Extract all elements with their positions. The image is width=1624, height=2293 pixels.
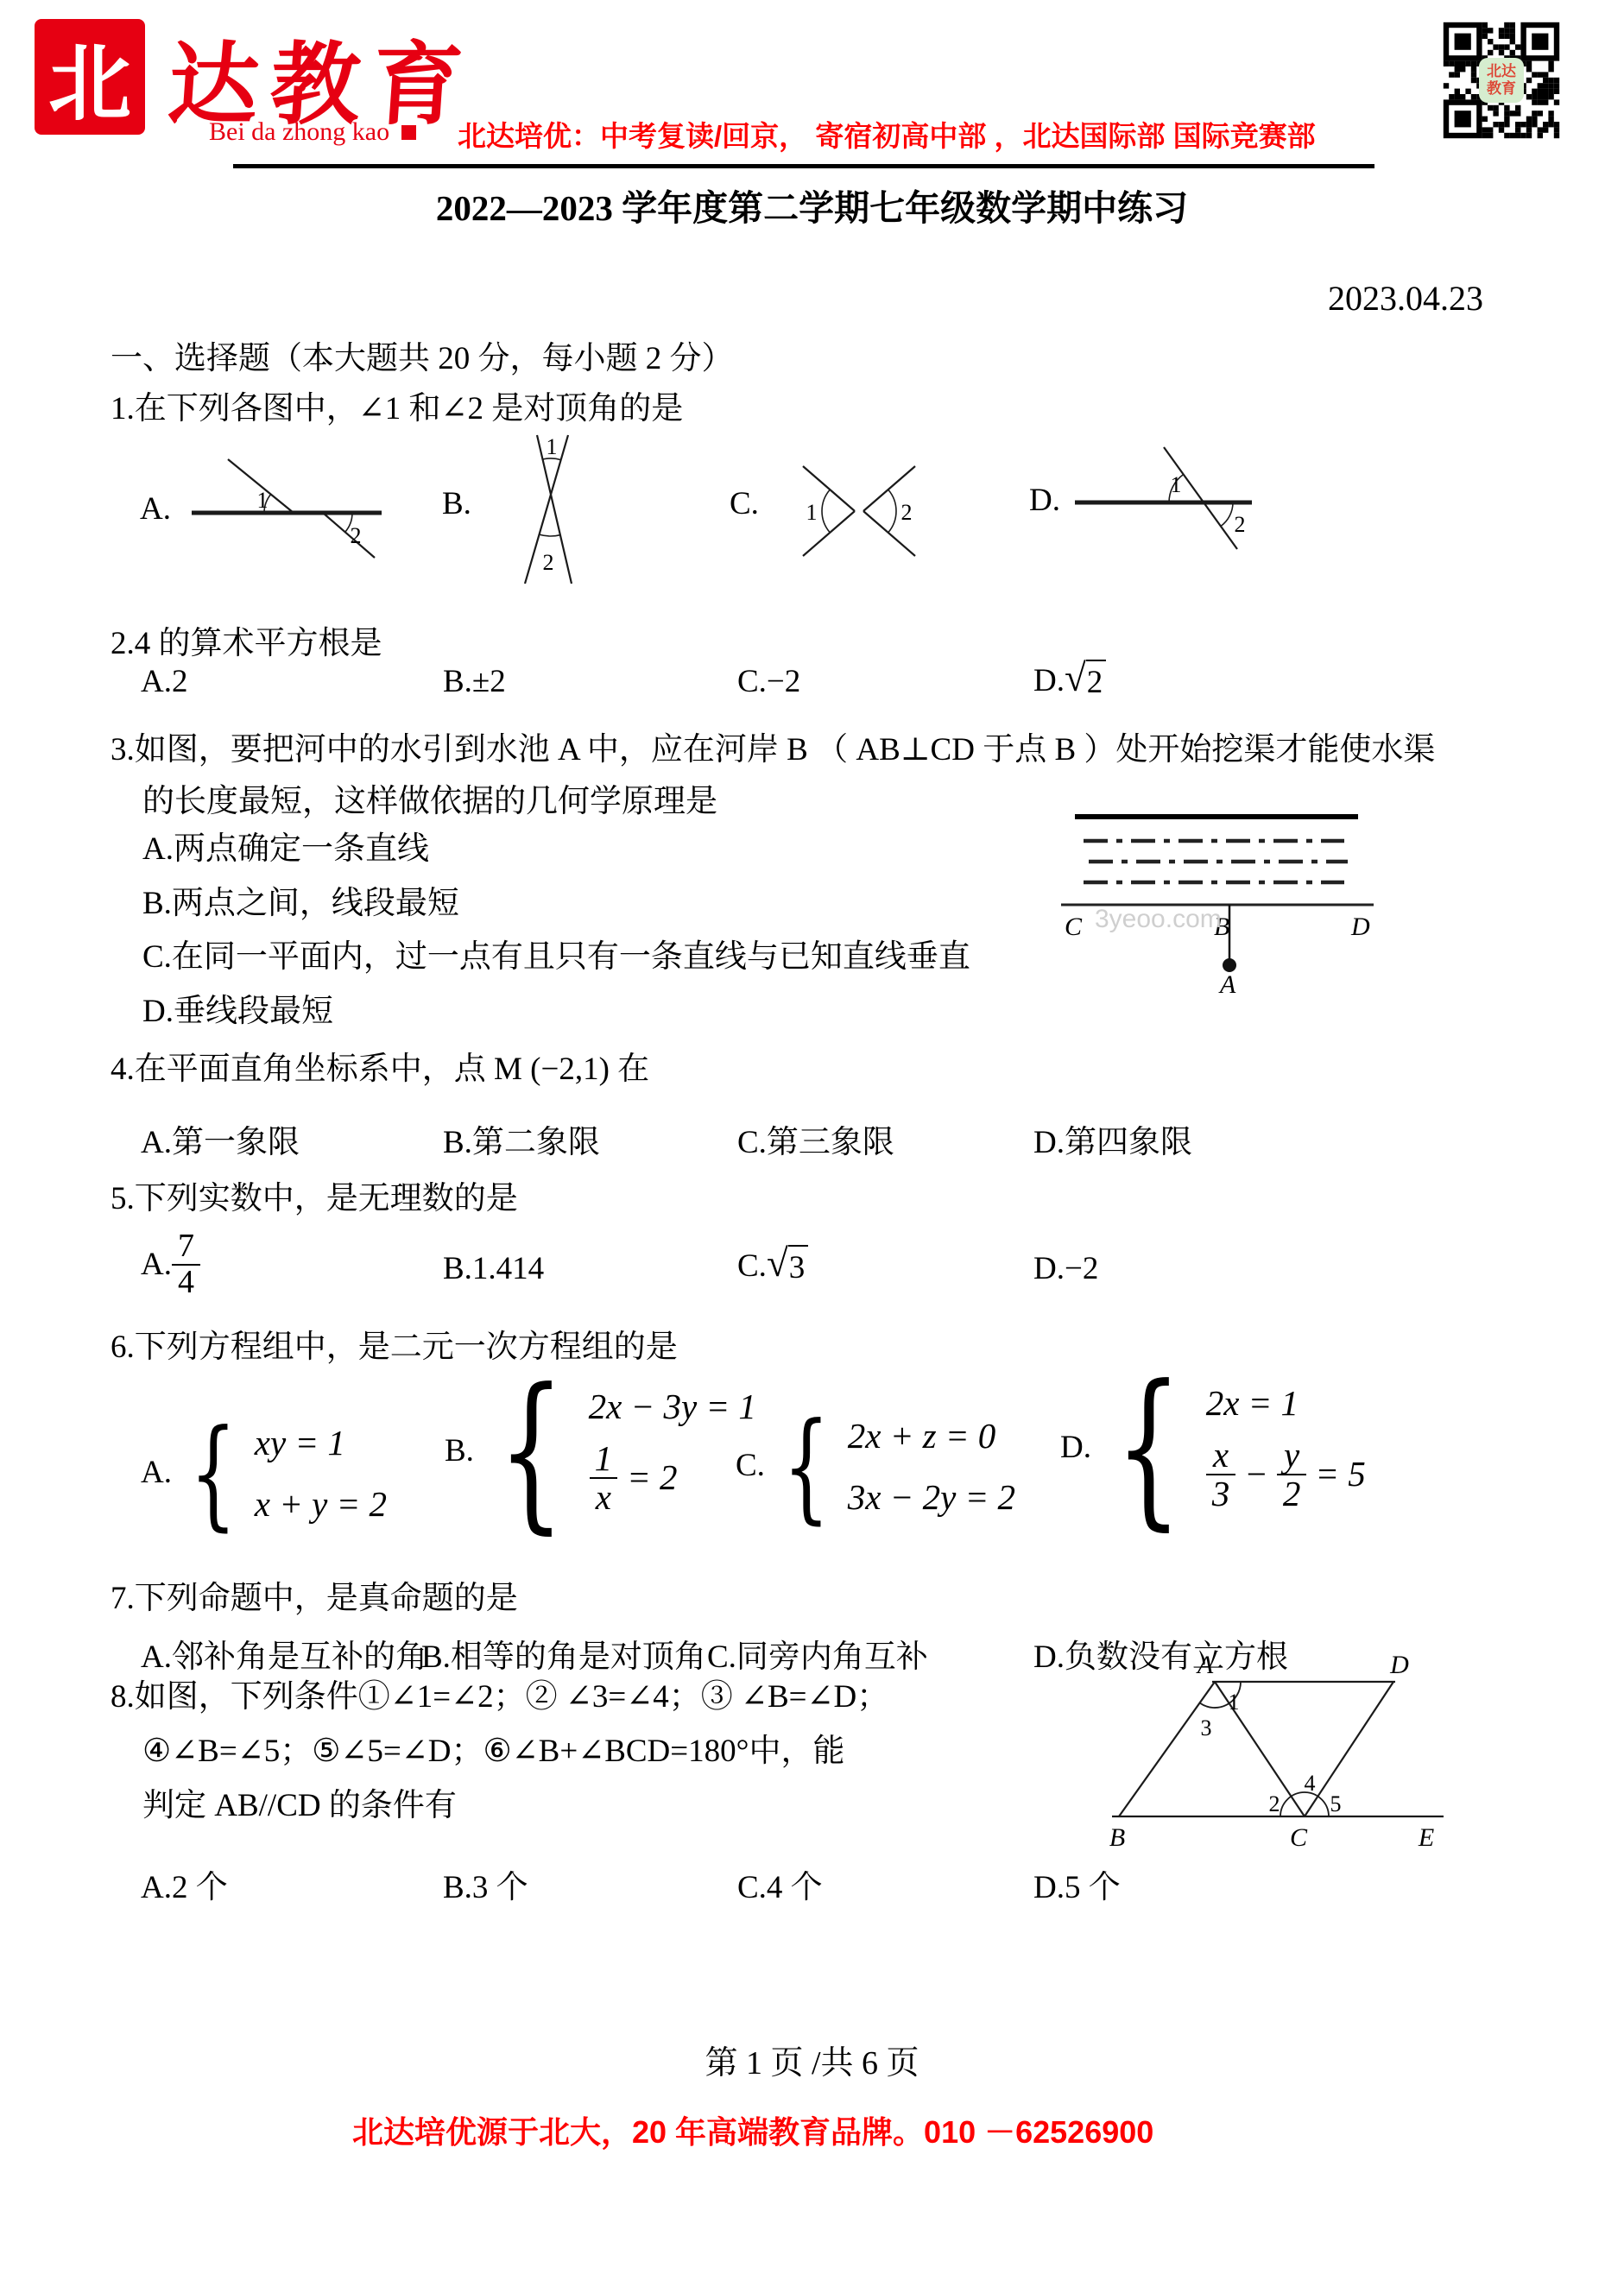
footer-slogan: 北达培优源于北大，20 年高端教育品牌。010 －62526900 bbox=[352, 2108, 1153, 2152]
qr-badge-line2: 教育 bbox=[1487, 80, 1516, 98]
question-3-line2: 的长度最短，这样做依据的几何学原理是 bbox=[142, 781, 717, 823]
qr-code: 北达 教育 bbox=[1438, 17, 1564, 143]
q8-angle-2-label: 2 bbox=[1269, 1791, 1280, 1816]
q6-option-a-label: A. bbox=[141, 1454, 172, 1492]
question-8-line3: 判定 AB//CD 的条件有 bbox=[142, 1785, 457, 1827]
brand-square-icon bbox=[401, 125, 416, 140]
q6b-equation-1: 2x − 3y = 1 bbox=[589, 1387, 756, 1426]
q6d-equation-2-rhs: = 5 bbox=[1315, 1455, 1365, 1494]
q6c-equation-1: 2x + z = 0 bbox=[848, 1417, 996, 1456]
brace-icon: { bbox=[190, 1423, 237, 1524]
q3-figure-river: C B D A bbox=[1058, 793, 1377, 995]
q8-figure-parallel-lines: A D B C E 1 3 2 4 5 bbox=[1105, 1654, 1450, 1853]
q6c-equation-2: 3x − 2y = 2 bbox=[848, 1478, 1015, 1517]
q2-option-d-label: D. bbox=[1033, 663, 1065, 698]
q6-option-a: A. { xy = 1 x + y = 2 bbox=[141, 1423, 387, 1524]
section-heading: 一、选择题（本大题共 20 分，每小题 2 分） bbox=[111, 338, 734, 380]
q6-option-c: C. { 2x + z = 0 3x − 2y = 2 bbox=[736, 1416, 1015, 1517]
q6a-equation-1: xy = 1 bbox=[255, 1424, 345, 1462]
q8-option-c: C.4 个 bbox=[737, 1869, 823, 1907]
q8-label-b: B bbox=[1109, 1823, 1125, 1852]
q1-figure-a: 1 2 bbox=[183, 451, 390, 563]
page-number: 第 1 页 /共 6 页 bbox=[0, 2036, 1624, 2083]
q1-option-b-label: B. bbox=[442, 485, 471, 523]
radical-icon: √ bbox=[767, 1245, 788, 1282]
q6d-fraction2-numerator: y bbox=[1278, 1437, 1305, 1474]
q1-figure-d: 1 2 bbox=[1071, 442, 1256, 559]
q8-label-e: E bbox=[1418, 1823, 1434, 1852]
q8-label-c: C bbox=[1290, 1823, 1308, 1852]
q7-option-a: A.邻补角是互补的角 bbox=[141, 1639, 427, 1677]
q3-option-c: C.在同一平面内，过一点有且只有一条直线与已知直线垂直 bbox=[142, 938, 970, 976]
q5-option-b: B.1.414 bbox=[443, 1250, 544, 1288]
q6-option-c-label: C. bbox=[736, 1447, 765, 1485]
q5-option-a-label: A. bbox=[141, 1246, 172, 1284]
q2-option-c: C.−2 bbox=[737, 663, 800, 701]
question-4-text: 4.在平面直角坐标系中，点 M (−2,1) 在 bbox=[111, 1049, 649, 1090]
question-8-line1: 8.如图，下列条件①∠1=∠2；② ∠3=∠4；③ ∠B=∠D； bbox=[111, 1677, 888, 1718]
q1-figure-c: 1 2 bbox=[768, 459, 950, 563]
q6d-equation-1: 2x = 1 bbox=[1206, 1384, 1299, 1423]
brand-subtitle-text: Bei da zhong kao bbox=[209, 117, 389, 147]
q6b-fraction-numerator: 1 bbox=[589, 1440, 619, 1477]
q2-option-a: A.2 bbox=[141, 663, 187, 701]
q1b-angle-1-label: 1 bbox=[547, 434, 558, 459]
q6d-fraction1-denominator: 3 bbox=[1206, 1474, 1236, 1513]
q5-option-a: A. 7 4 bbox=[141, 1229, 200, 1300]
q1b-angle-2-label: 2 bbox=[543, 550, 554, 575]
brace-icon: { bbox=[783, 1416, 830, 1517]
logo-seal: 北 bbox=[35, 19, 145, 135]
q1-option-d-label: D. bbox=[1029, 482, 1060, 520]
q5-option-c: C.√3 bbox=[737, 1245, 808, 1287]
q8-label-a: A bbox=[1196, 1654, 1214, 1679]
q3-option-b: B.两点之间，线段最短 bbox=[142, 885, 459, 923]
q6-option-d: D. { 2x = 1 x 3 − y 2 = 5 bbox=[1060, 1376, 1366, 1520]
question-2-text: 2.4 的算术平方根是 bbox=[111, 623, 382, 665]
q3-label-c: C bbox=[1065, 913, 1083, 941]
question-6-text: 6.下列方程组中，是二元一次方程组的是 bbox=[111, 1327, 678, 1368]
q8-angle-4-label: 4 bbox=[1305, 1771, 1316, 1796]
logo-seal-character: 北 bbox=[48, 18, 131, 136]
q8-angle-3-label: 3 bbox=[1201, 1715, 1212, 1740]
q1c-angle-1-label: 1 bbox=[806, 500, 818, 525]
q5-option-c-label: C. bbox=[737, 1248, 767, 1284]
q1a-angle-2-label: 2 bbox=[351, 523, 362, 548]
q8-option-d: D.5 个 bbox=[1033, 1869, 1121, 1907]
q4-option-c: C.第三象限 bbox=[737, 1124, 894, 1162]
q2-option-d: D.√2 bbox=[1033, 660, 1106, 702]
question-1-text: 1.在下列各图中，∠1 和∠2 是对顶角的是 bbox=[111, 388, 683, 430]
qr-center-badge: 北达 教育 bbox=[1479, 58, 1524, 103]
q2-option-b: B.±2 bbox=[443, 663, 506, 701]
q8-angle-5-label: 5 bbox=[1330, 1791, 1342, 1816]
header-rule bbox=[233, 164, 1374, 168]
q6d-fraction1-numerator: x bbox=[1207, 1437, 1235, 1474]
qr-badge-line1: 北达 bbox=[1487, 63, 1516, 80]
question-7-text: 7.下列命题中，是真命题的是 bbox=[111, 1578, 518, 1620]
q6-option-b-label: B. bbox=[445, 1432, 474, 1470]
q1-option-c-label: C. bbox=[730, 485, 759, 523]
q5-fraction-denominator: 4 bbox=[172, 1264, 200, 1300]
q1c-angle-2-label: 2 bbox=[901, 500, 913, 525]
q6b-equation-2-rhs: = 2 bbox=[627, 1458, 677, 1497]
q3-label-a: A bbox=[1218, 970, 1236, 995]
q8-angle-1-label: 1 bbox=[1229, 1690, 1240, 1715]
q4-option-a: A.第一象限 bbox=[141, 1124, 300, 1162]
q1-figure-b: 1 2 bbox=[492, 430, 587, 590]
header-slogan: 北达培优：中考复读/回京， 寄宿初高中部 ，北达国际部 国际竞赛部 bbox=[458, 114, 1316, 155]
question-8-line2: ④∠B=∠5；⑤∠5=∠D；⑥∠B+∠BCD=180°中，能 bbox=[142, 1731, 844, 1772]
q6d-fraction2-denominator: 2 bbox=[1277, 1474, 1307, 1513]
q6d-minus-sign: − bbox=[1244, 1455, 1268, 1494]
q5-option-d: D.−2 bbox=[1033, 1250, 1098, 1288]
brace-icon: { bbox=[1115, 1376, 1182, 1520]
q5-fraction-numerator: 7 bbox=[172, 1229, 200, 1264]
q8-option-b: B.3 个 bbox=[443, 1869, 528, 1907]
q4-option-b: B.第二象限 bbox=[443, 1124, 600, 1162]
q3-option-a: A.两点确定一条直线 bbox=[142, 831, 429, 869]
brand-subtitle: Bei da zhong kao bbox=[209, 117, 416, 147]
q8-label-d: D bbox=[1389, 1654, 1409, 1679]
q2-option-d-radicand: 2 bbox=[1086, 660, 1107, 702]
q3-label-d: D bbox=[1350, 913, 1370, 941]
brace-icon: { bbox=[498, 1380, 565, 1524]
exam-date: 2023.04.23 bbox=[1328, 278, 1483, 319]
q6-option-d-label: D. bbox=[1060, 1429, 1091, 1467]
exam-paper-page: 北 达教育 Bei da zhong kao 北达培优：中考复读/回京， 寄宿初… bbox=[0, 0, 1624, 2293]
q4-option-d: D.第四象限 bbox=[1033, 1124, 1192, 1162]
q1d-angle-1-label: 1 bbox=[1171, 472, 1182, 497]
q7-option-b: B.相等的角是对顶角 bbox=[421, 1639, 706, 1677]
q1-option-a-label: A. bbox=[140, 490, 171, 528]
watermark: 3yeoo.com bbox=[1095, 905, 1222, 934]
q8-option-a: A.2 个 bbox=[141, 1869, 228, 1907]
question-3-line1: 3.如图，要把河中的水引到水池 A 中，应在河岸 B （ AB⊥CD 于点 B … bbox=[111, 730, 1435, 771]
q6-option-b: B. { 2x − 3y = 1 1 x = 2 bbox=[445, 1380, 756, 1524]
question-5-text: 5.下列实数中，是无理数的是 bbox=[111, 1178, 518, 1220]
q6a-equation-2: x + y = 2 bbox=[255, 1485, 387, 1524]
q1a-angle-1-label: 1 bbox=[257, 488, 269, 513]
q5-option-c-radicand: 3 bbox=[788, 1245, 809, 1287]
q6b-fraction-denominator: x bbox=[590, 1477, 617, 1516]
radical-icon: √ bbox=[1065, 660, 1086, 697]
q7-option-c: C.同旁内角互补 bbox=[707, 1639, 928, 1677]
q1d-angle-2-label: 2 bbox=[1235, 512, 1246, 537]
page-title: 2022—2023 学年度第二学期七年级数学期中练习 bbox=[0, 180, 1624, 231]
q3-option-d: D.垂线段最短 bbox=[142, 993, 333, 1031]
